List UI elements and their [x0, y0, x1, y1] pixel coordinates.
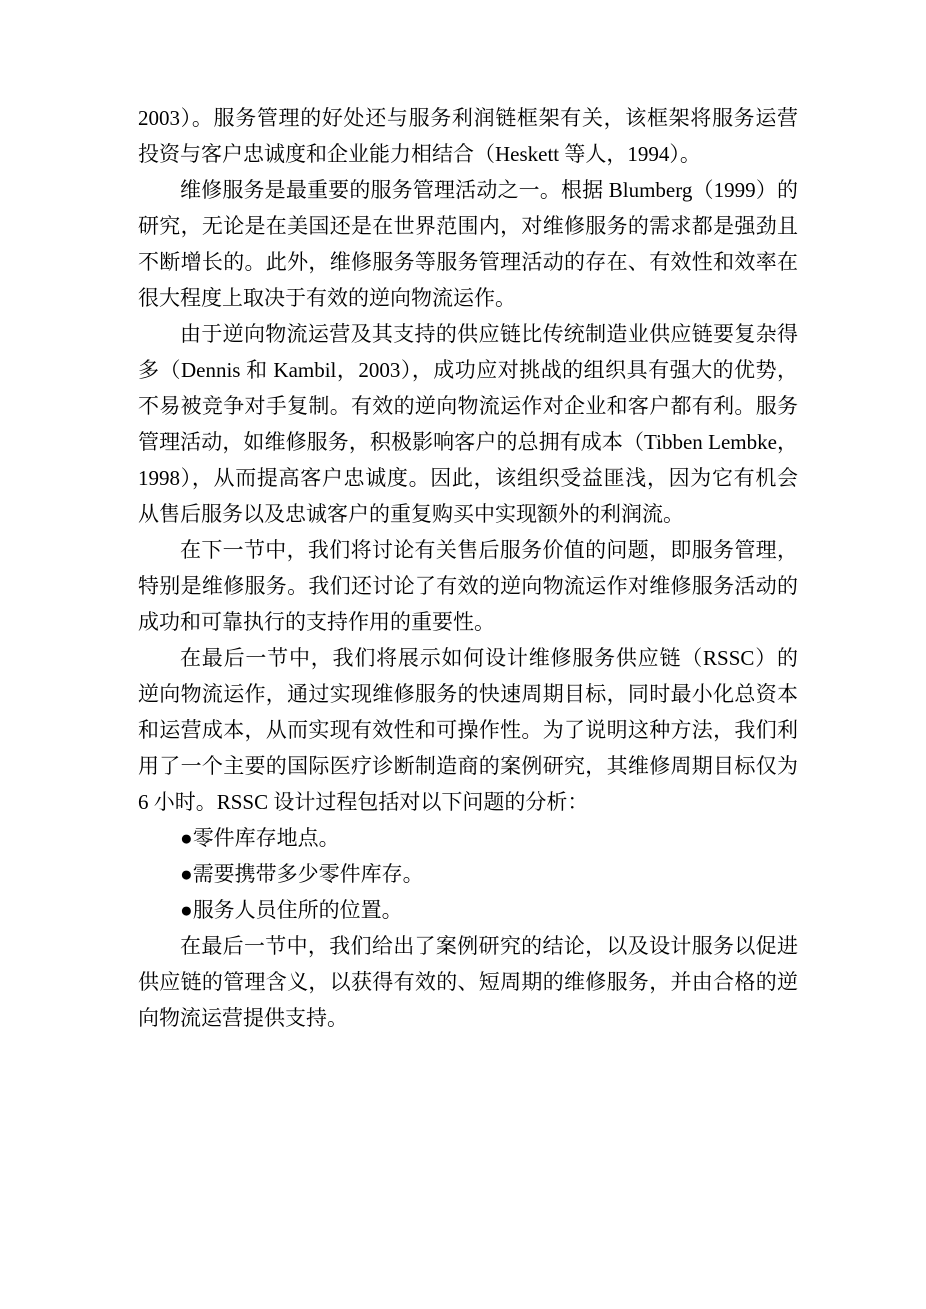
document-body: 2003）。服务管理的好处还与服务利润链框架有关，该框架将服务运营投资与客户忠诚… [138, 100, 798, 1036]
paragraph-rssc-design-intro: 在最后一节中，我们将展示如何设计维修服务供应链（RSSC）的逆向物流运作，通过实… [138, 640, 798, 820]
paragraph-final-section-conclusions: 在最后一节中，我们给出了案例研究的结论，以及设计服务以促进供应链的管理含义，以获… [138, 928, 798, 1036]
paragraph-next-section-preview: 在下一节中，我们将讨论有关售后服务价值的问题，即服务管理，特别是维修服务。我们还… [138, 532, 798, 640]
bullet-icon: ● [180, 862, 193, 886]
paragraph-repair-services-importance: 维修服务是最重要的服务管理活动之一。根据 Blumberg（1999）的研究，无… [138, 172, 798, 316]
bullet-text: 服务人员住所的位置。 [193, 898, 403, 922]
bullet-text: 需要携带多少零件库存。 [193, 862, 424, 886]
bullet-item-parts-location: ●零件库存地点。 [138, 820, 798, 856]
paragraph-continuation: 2003）。服务管理的好处还与服务利润链框架有关，该框架将服务运营投资与客户忠诚… [138, 100, 798, 172]
bullet-item-personnel-location: ●服务人员住所的位置。 [138, 892, 798, 928]
document-page: 2003）。服务管理的好处还与服务利润链框架有关，该框架将服务运营投资与客户忠诚… [0, 0, 926, 1309]
paragraph-reverse-logistics-complexity: 由于逆向物流运营及其支持的供应链比传统制造业供应链要复杂得多（Dennis 和 … [138, 316, 798, 532]
bullet-icon: ● [180, 898, 193, 922]
bullet-item-parts-quantity: ●需要携带多少零件库存。 [138, 856, 798, 892]
bullet-icon: ● [180, 826, 193, 850]
bullet-text: 零件库存地点。 [193, 826, 340, 850]
